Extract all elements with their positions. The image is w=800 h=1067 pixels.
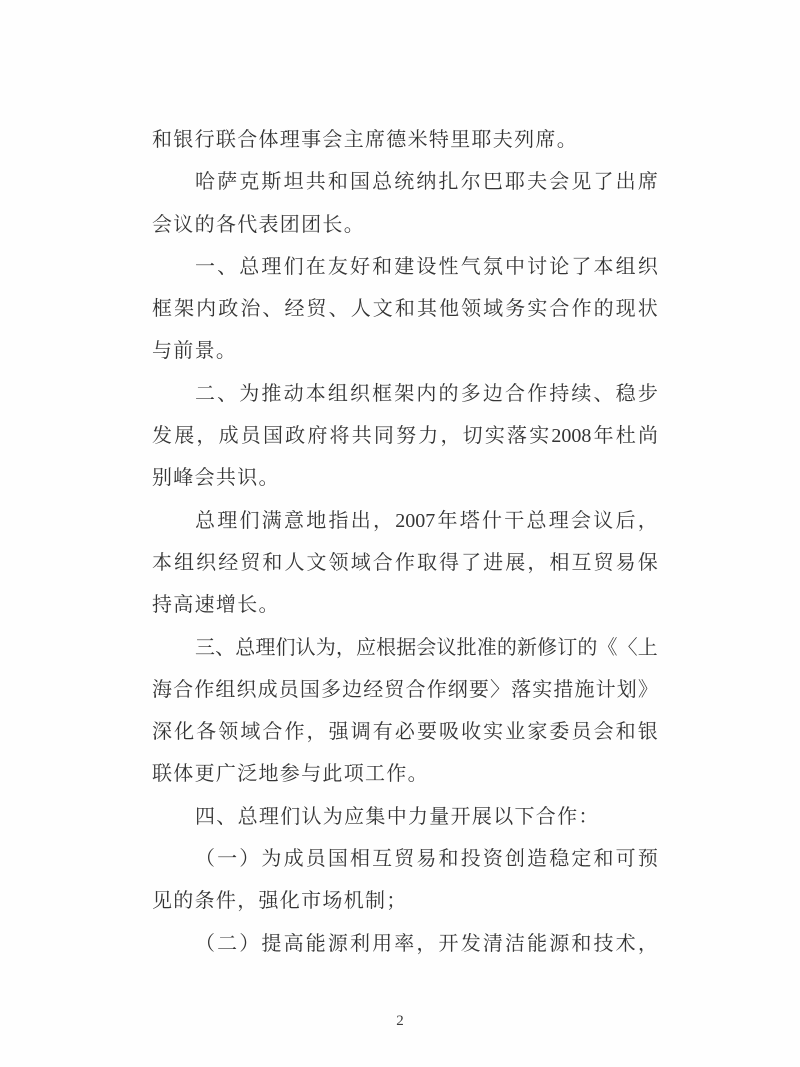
text-line: 持高速增长。	[152, 584, 658, 626]
text-line: 和银行联合体理事会主席德米特里耶夫列席。	[152, 119, 658, 161]
text-line: 联体更广泛地参与此项工作。	[152, 753, 658, 795]
text-line: （二）提高能源利用率，开发清洁能源和技术，	[152, 923, 658, 965]
document-page: 和银行联合体理事会主席德米特里耶夫列席。哈萨克斯坦共和国总统纳扎尔巴耶夫会见了出…	[0, 0, 800, 1067]
page-number: 2	[0, 1010, 800, 1032]
text-line: 本组织经贸和人文领域合作取得了进展，相互贸易保	[152, 542, 658, 584]
document-text-block: 和银行联合体理事会主席德米特里耶夫列席。哈萨克斯坦共和国总统纳扎尔巴耶夫会见了出…	[152, 119, 658, 965]
text-line: （一）为成员国相互贸易和投资创造稳定和可预	[152, 838, 658, 880]
text-line: 见的条件，强化市场机制；	[152, 880, 658, 922]
text-line: 四、总理们认为应集中力量开展以下合作：	[152, 796, 658, 838]
text-line: 三、总理们认为，应根据会议批准的新修订的《〈上	[152, 627, 658, 669]
text-line: 发展，成员国政府将共同努力，切实落实2008年杜尚	[152, 415, 658, 457]
text-line: 一、总理们在友好和建设性气氛中讨论了本组织	[152, 246, 658, 288]
text-line: 会议的各代表团团长。	[152, 204, 658, 246]
text-line: 别峰会共识。	[152, 457, 658, 499]
text-line: 框架内政治、经贸、人文和其他领域务实合作的现状	[152, 288, 658, 330]
text-line: 海合作组织成员国多边经贸合作纲要〉落实措施计划》	[152, 669, 658, 711]
text-line: 与前景。	[152, 330, 658, 372]
text-line: 二、为推动本组织框架内的多边合作持续、稳步	[152, 373, 658, 415]
text-line: 深化各领域合作，强调有必要吸收实业家委员会和银	[152, 711, 658, 753]
text-line: 总理们满意地指出，2007年塔什干总理会议后，	[152, 500, 658, 542]
text-line: 哈萨克斯坦共和国总统纳扎尔巴耶夫会见了出席	[152, 161, 658, 203]
